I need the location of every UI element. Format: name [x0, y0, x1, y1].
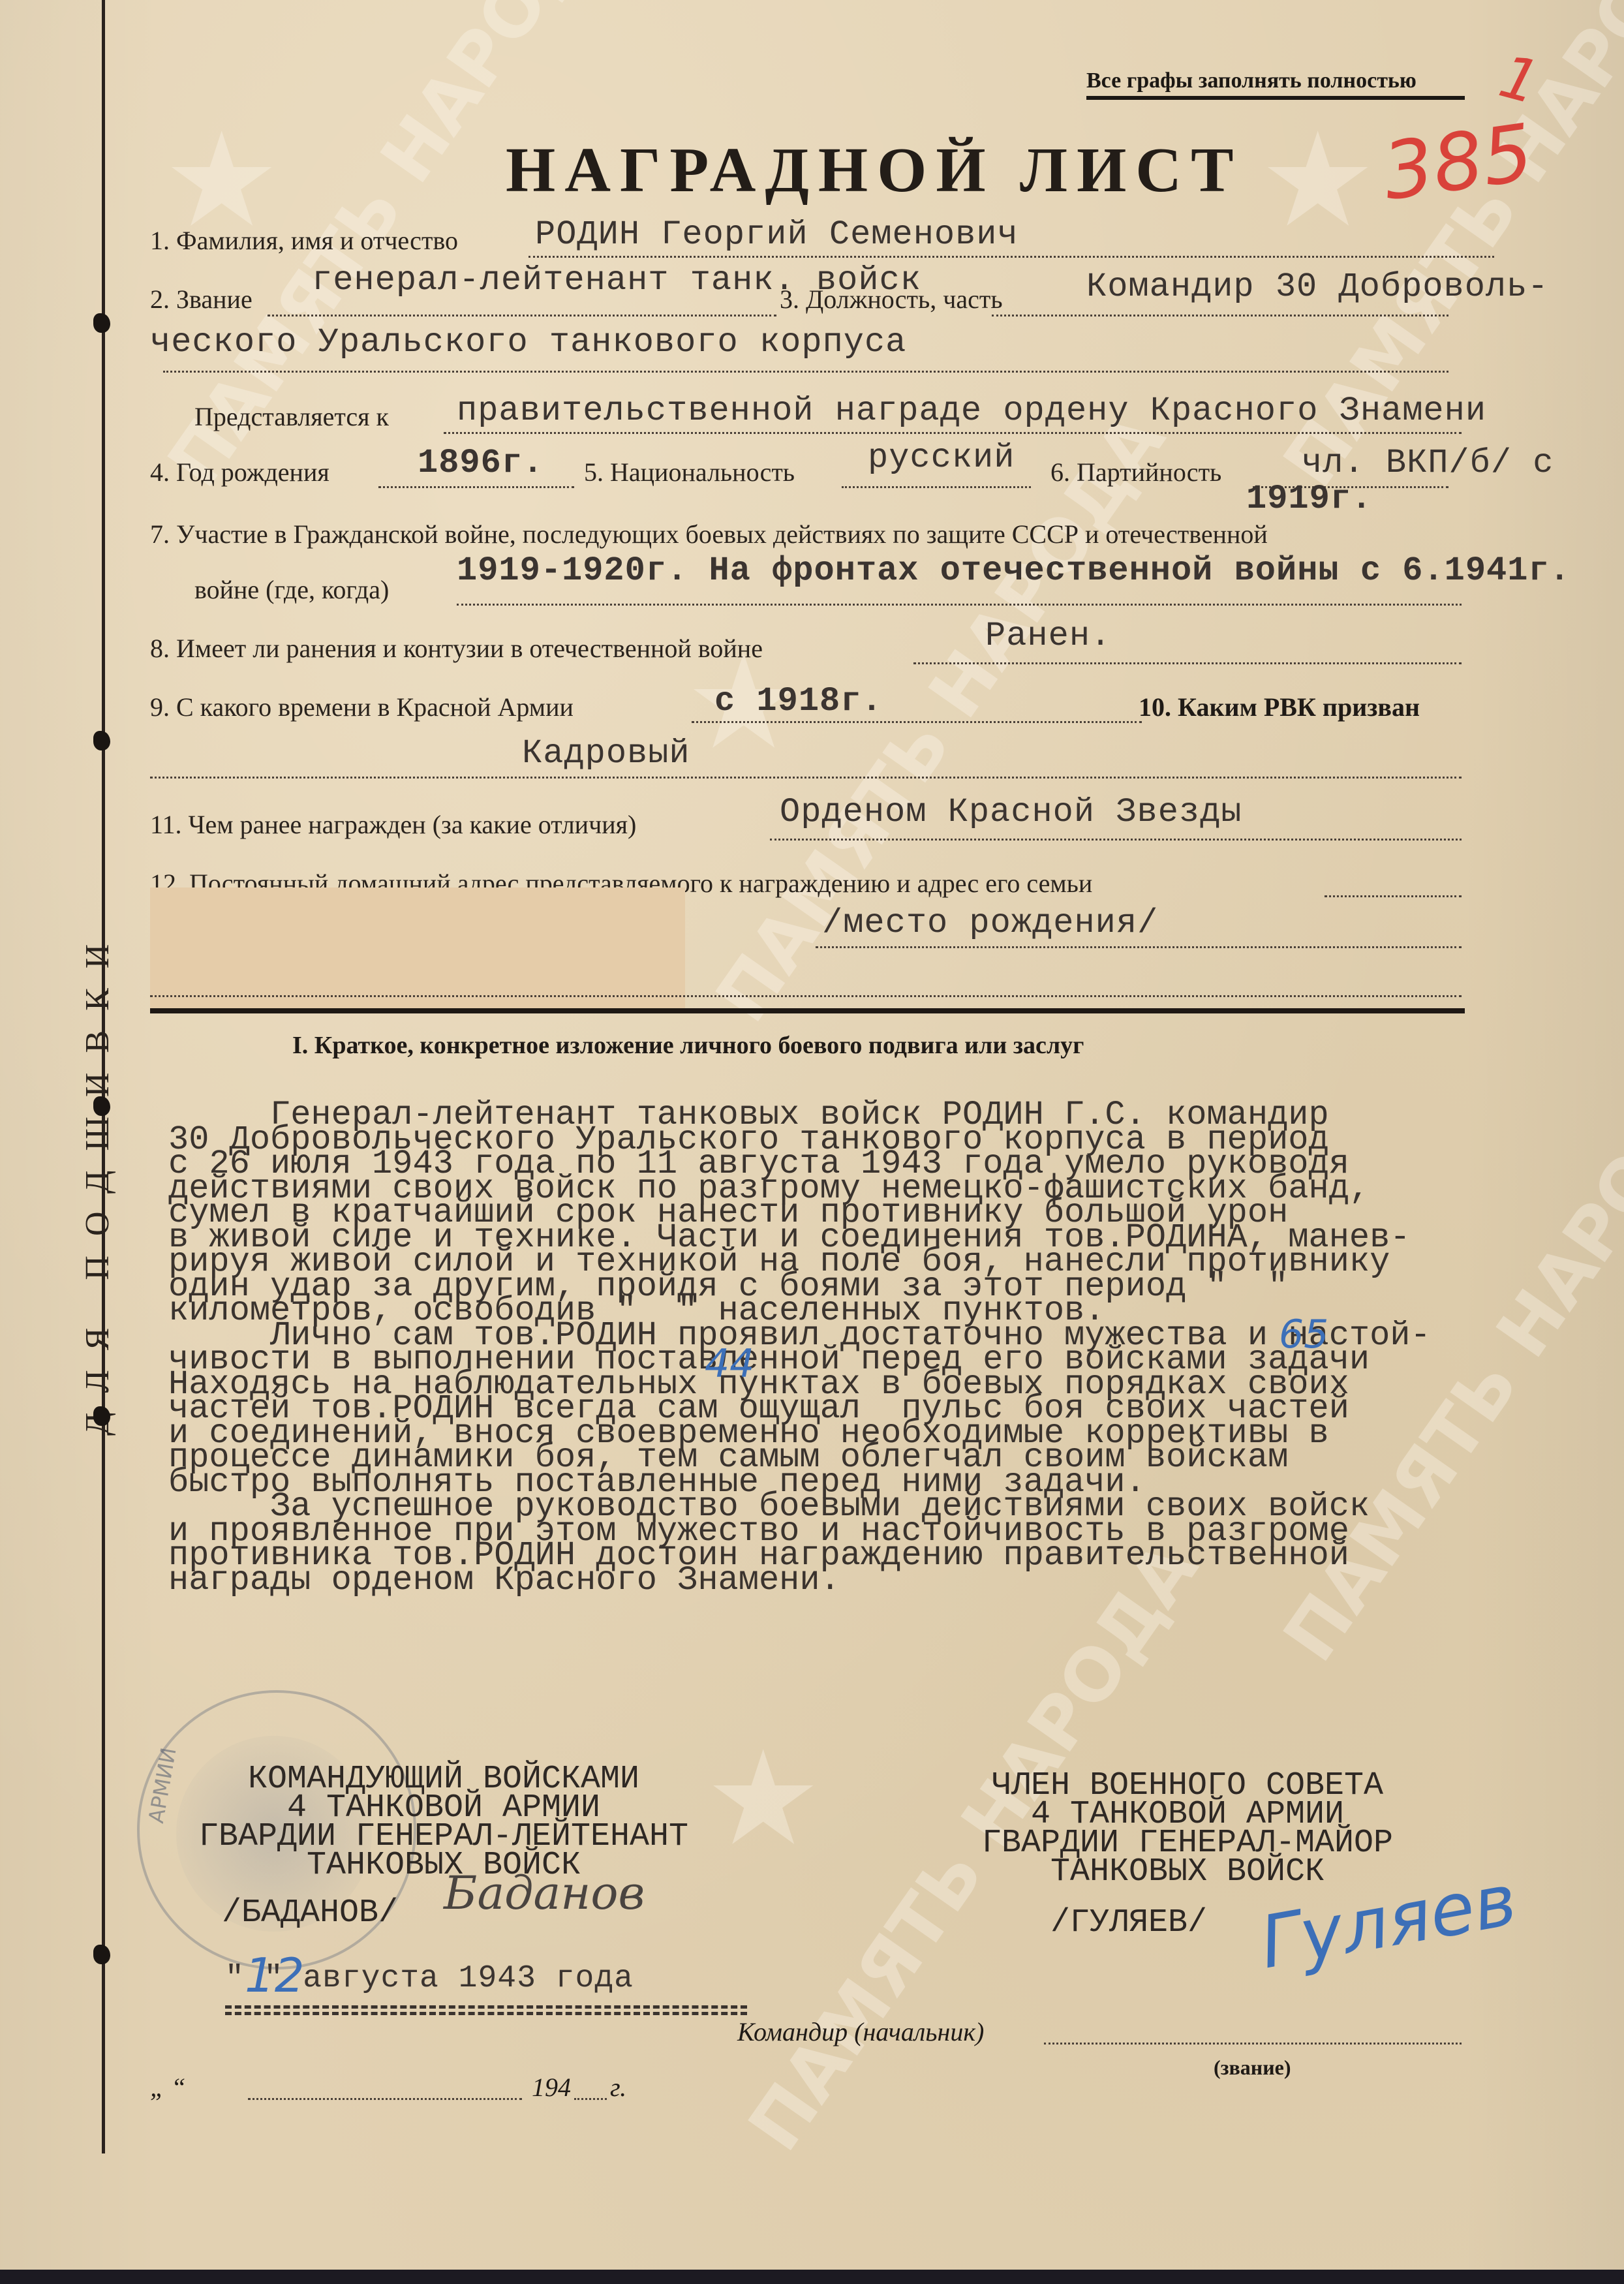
blank-date-line — [248, 2098, 522, 2100]
field-3-label: 3. Должность, часть — [780, 284, 1003, 315]
left-signatory-name: /БАДАНОВ/ — [222, 1899, 398, 1928]
field-8-line — [913, 662, 1462, 664]
field-2-label: 2. Звание — [150, 284, 253, 315]
award-sheet-page: ★ ★ ★ ★ ПАМЯТЬ НАРОДА ПАМЯТЬ НАРОДА ПАМЯ… — [0, 0, 1624, 2270]
punch-hole-icon — [93, 731, 110, 750]
field-5-line — [842, 486, 1031, 488]
field-3-line — [992, 315, 1448, 316]
left-signatory-block: КОМАНДУЮЩИЙ ВОЙСКАМИ 4 ТАНКОВОЙ АРМИИ ГВ… — [150, 1765, 737, 1880]
fill-all-fields-note: Все графы заполнять полностью — [1086, 69, 1417, 93]
field-10-label: 10. Каким РВК призван — [1139, 692, 1420, 722]
blank-date-prefix: „ “ — [150, 2072, 186, 2103]
field-9-value[interactable]: с 1918г. — [714, 682, 883, 720]
field-3-value-2[interactable]: ческого Уральского танкового корпуса — [150, 323, 906, 362]
punch-hole-icon — [93, 1406, 110, 1426]
date-underline — [225, 2012, 747, 2015]
field-6-value-2[interactable]: 1919г. — [1246, 480, 1372, 518]
redacted-area — [150, 887, 685, 1008]
merits-narrative: Генерал-лейтенант танковых войск РОДИН Г… — [168, 1103, 1539, 1592]
nominated-line — [444, 432, 1462, 434]
field-12-value[interactable]: /место рождения/ — [822, 904, 1158, 942]
blank-date-suffix: г. — [610, 2072, 626, 2103]
right-signatory-block: ЧЛЕН ВОЕННОГО СОВЕТА 4 ТАНКОВОЙ АРМИИ ГВ… — [940, 1772, 1435, 1887]
field-10-line — [150, 777, 1462, 779]
note-underline — [1086, 96, 1465, 100]
handwritten-km: 65 — [1279, 1312, 1328, 1357]
section-divider — [150, 1008, 1465, 1013]
field-11-line — [770, 839, 1462, 841]
left-signature: Баданов — [444, 1866, 645, 1920]
right-title-line: ТАНКОВЫХ ВОЙСК — [940, 1858, 1435, 1887]
handwritten-settlements: 44 — [705, 1341, 754, 1387]
right-signatory-name: /ГУЛЯЕВ/ — [1050, 1909, 1207, 1937]
field-7-label-1: 7. Участие в Гражданской войне, последую… — [150, 519, 1268, 549]
nominated-value[interactable]: правительственной награде ордену Красног… — [457, 392, 1486, 430]
field-11-label: 11. Чем ранее награжден (за какие отличи… — [150, 809, 636, 840]
rank-label: (звание) — [1214, 2056, 1291, 2080]
section-heading: I. Краткое, конкретное изложение личного… — [292, 1031, 1084, 1060]
field-6-value-1[interactable]: чл. ВКП/б/ с — [1302, 444, 1554, 482]
field-7-value[interactable]: 1919-1920г. На фронтах отечественной вой… — [457, 551, 1570, 590]
field-4-value[interactable]: 1896г. — [418, 444, 544, 482]
blank-date-year: 194 — [532, 2072, 571, 2103]
field-5-label: 5. Национальность — [584, 457, 795, 487]
signing-date-day: 12 — [245, 1948, 305, 2003]
field-7-line — [457, 604, 1462, 606]
field-5-value[interactable]: русский — [868, 439, 1015, 477]
field-10-value[interactable]: Кадровый — [522, 734, 690, 773]
field-1-line — [529, 256, 1494, 258]
field-2-line — [268, 315, 776, 316]
field-1-label: 1. Фамилия, имя и отчество — [150, 225, 458, 256]
blank-date-line-2 — [574, 2098, 607, 2100]
field-3-value-1[interactable]: Командир 30 Доброволь- — [1086, 268, 1549, 306]
field-4-line — [378, 486, 574, 488]
field-1-value[interactable]: РОДИН Георгий Семенович — [535, 215, 1019, 254]
field-12-line-2 — [816, 946, 1462, 948]
field-9-label: 9. С какого времени в Красной Армии — [150, 692, 574, 722]
commander-label: Командир (начальник) — [737, 2016, 984, 2047]
field-3-line-2 — [163, 371, 1448, 373]
field-11-value[interactable]: Орденом Красной Звезды — [780, 793, 1242, 831]
star-watermark-icon: ★ — [1259, 104, 1376, 256]
punch-hole-icon — [93, 1945, 110, 1964]
field-12-line — [1325, 895, 1462, 897]
field-8-value[interactable]: Ранен. — [985, 617, 1111, 655]
punch-hole-icon — [93, 313, 110, 333]
field-12-line-3 — [150, 995, 1462, 997]
margin-label: ДЛЯ ПОДШИВКИ — [78, 925, 117, 1436]
nominated-label: Представляется к — [194, 401, 389, 432]
page-title: НАГРАДНОЙ ЛИСТ — [506, 134, 1242, 207]
field-8-label: 8. Имеет ли ранения и контузии в отечест… — [150, 633, 763, 664]
date-underline — [225, 2005, 747, 2009]
field-7-label-2: войне (где, когда) — [194, 574, 389, 605]
field-6-label: 6. Партийность — [1050, 457, 1221, 487]
commander-line — [1044, 2043, 1462, 2045]
punch-hole-icon — [93, 1096, 110, 1116]
field-9-line — [692, 721, 1142, 723]
field-4-label: 4. Год рождения — [150, 457, 329, 487]
